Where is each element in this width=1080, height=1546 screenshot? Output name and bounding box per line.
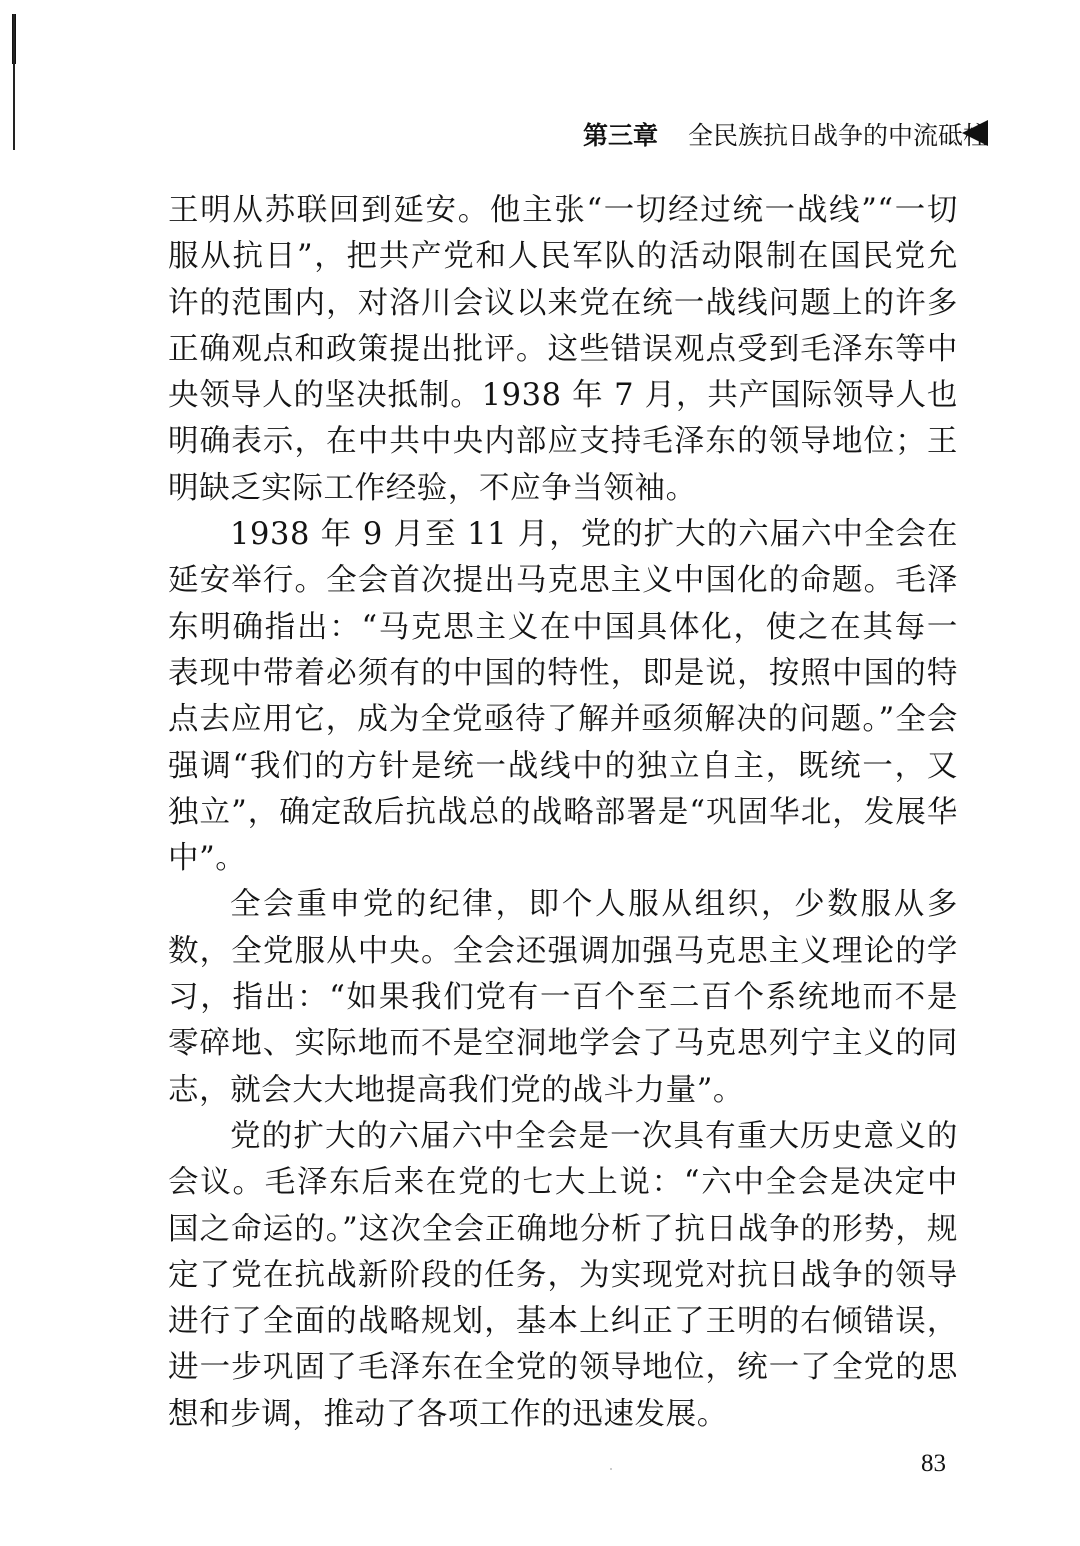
chapter-number: 第三章 (583, 116, 658, 152)
paragraph-3: 全会重申党的纪律，即个人服从组织，少数服从多数，全党服从中央。全会还强调加强马克… (168, 882, 958, 1113)
body-text: 王明从苏联回到延安。他主张“一切经过统一战线”“一切服从抗日”，把共产党和人民军… (168, 188, 958, 1438)
page-number: 83 (921, 1450, 946, 1478)
left-triangle-marker-icon (962, 120, 988, 146)
paragraph-1: 王明从苏联回到延安。他主张“一切经过统一战线”“一切服从抗日”，把共产党和人民军… (168, 188, 958, 512)
chapter-title: 全民族抗日战争的中流砥柱 (688, 116, 988, 152)
page-spine-edge (13, 14, 15, 150)
paragraph-2: 1938 年 9 月至 11 月，党的扩大的六届六中全会在延安举行。全会首次提出… (168, 512, 958, 882)
scan-speck (610, 1468, 612, 1470)
paragraph-4: 党的扩大的六届六中全会是一次具有重大历史意义的会议。毛泽东后来在党的七大上说：“… (168, 1114, 958, 1438)
scan-speck (626, 1080, 628, 1082)
running-header: 第三章 全民族抗日战争的中流砥柱 (583, 116, 988, 152)
